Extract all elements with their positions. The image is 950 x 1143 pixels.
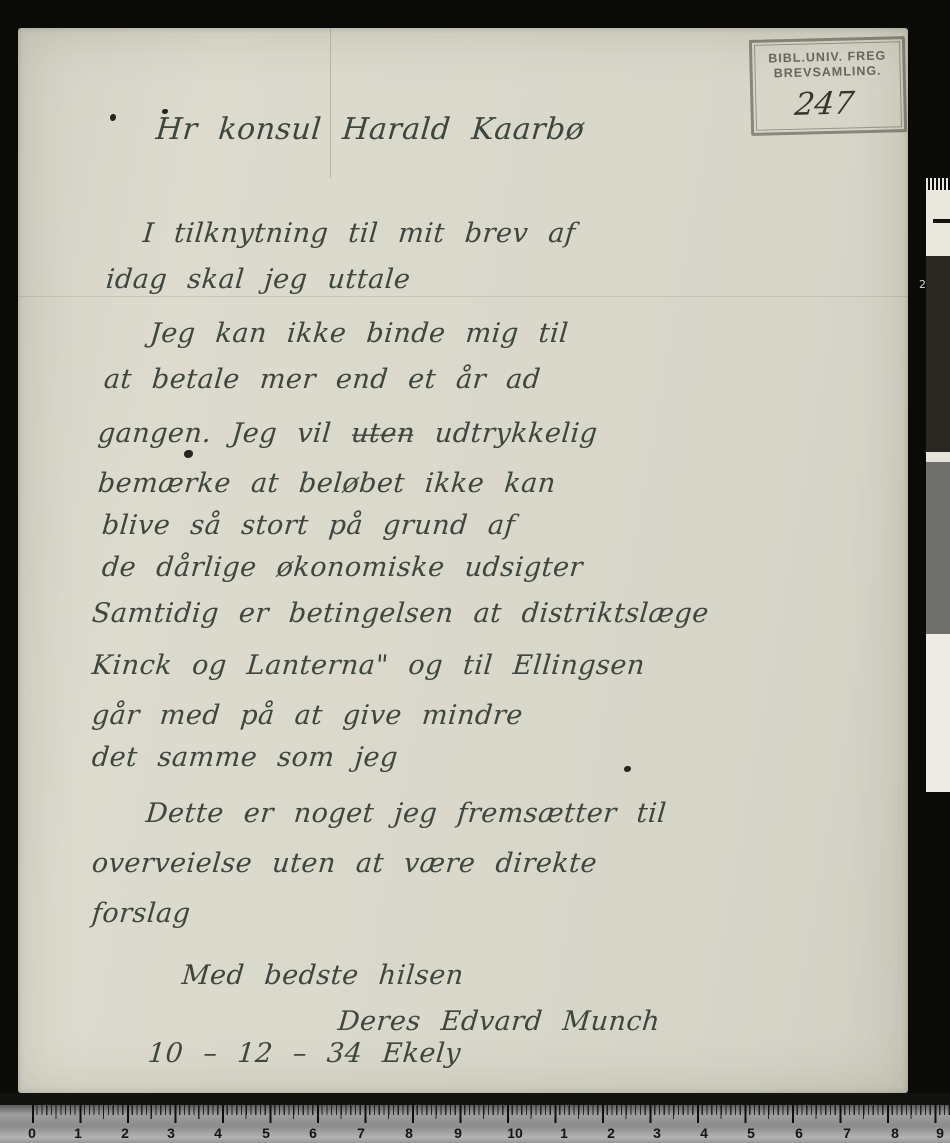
letter-line: de dårlige økonomiske udsigter — [101, 552, 585, 583]
letter-line: gangen. Jeg vil u̶t̶e̶n̶ udtrykkelig — [97, 418, 599, 449]
letter-line: Hr konsul Harald Kaarbø — [154, 112, 585, 147]
letter-line: at betale mer end et år ad — [103, 364, 542, 395]
calibration-patch — [926, 452, 950, 462]
ruler-number: 5 — [747, 1125, 755, 1141]
calibration-patch — [926, 190, 950, 256]
ruler-number: 7 — [357, 1125, 365, 1141]
metal-ruler: 012345678910123456789 — [0, 1105, 950, 1143]
letter-line: 10 – 12 – 34 Ekely — [147, 1038, 463, 1069]
ruler-number: 2 — [607, 1125, 615, 1141]
scanned-letter-page: Hr konsul Harald KaarbøI tilknytning til… — [0, 0, 950, 1143]
calibration-line — [933, 219, 950, 223]
letter-line: bemærke at beløbet ikke kan — [97, 468, 557, 499]
ruler-number: 4 — [214, 1125, 222, 1141]
ruler-number: 6 — [309, 1125, 317, 1141]
letter-line: blive så stort på grund af — [101, 510, 517, 541]
ruler-number: 5 — [262, 1125, 270, 1141]
ruler-number: 8 — [891, 1125, 899, 1141]
letter-line: forslag — [91, 898, 192, 929]
calibration-patch — [926, 634, 950, 792]
ruler-edge-shadow — [0, 1093, 950, 1105]
ruler-number: 7 — [843, 1125, 851, 1141]
ruler-number: 9 — [936, 1125, 944, 1141]
ruler-number: 1 — [74, 1125, 82, 1141]
ruler-number: 9 — [454, 1125, 462, 1141]
ruler-number: 4 — [700, 1125, 708, 1141]
ruler-number: 0 — [28, 1125, 36, 1141]
letter-line: Jeg kan ikke binde mig til — [149, 318, 570, 349]
letter-line: Deres Edvard Munch — [337, 1006, 662, 1037]
letter-line: går med på at give mindre — [91, 700, 525, 731]
letter-line: Med bedste hilsen — [181, 960, 465, 991]
letter-line: Dette er noget jeg fremsætter til — [145, 798, 668, 829]
calibration-teeth — [926, 178, 950, 190]
stamp-text: BIBL.UNIV. FREG BREVSAMLING. — [749, 48, 906, 82]
calibration-patch — [926, 462, 950, 634]
calibration-mark: 2 — [919, 278, 926, 291]
letter-line: Samtidig er betingelsen at distriktslæge — [91, 598, 711, 629]
calibration-patch — [926, 256, 950, 452]
letter-line: Kinck og Lanterna" og til Ellingsen — [91, 650, 647, 681]
letter-line: idag skal jeg uttale — [105, 264, 412, 295]
ruler-number: 1 — [560, 1125, 568, 1141]
ruler-number: 6 — [795, 1125, 803, 1141]
letter-line: I tilknytning til mit brev af — [142, 218, 577, 249]
calibration-strip: 2 — [926, 0, 950, 1096]
ruler-number: 8 — [405, 1125, 413, 1141]
letter-line: overveielse uten at være direkte — [91, 848, 599, 879]
ruler-number: 3 — [167, 1125, 175, 1141]
library-stamp: BIBL.UNIV. FREG BREVSAMLING. 247 — [749, 36, 907, 136]
handwritten-text: Hr konsul Harald KaarbøI tilknytning til… — [0, 0, 950, 1143]
stamp-archive-number: 247 — [748, 84, 900, 124]
ruler-number: 3 — [653, 1125, 661, 1141]
letter-line: det samme som jeg — [91, 742, 400, 773]
ruler-number: 10 — [507, 1125, 523, 1141]
ruler-number: 2 — [121, 1125, 129, 1141]
ruler-mm-ticks — [32, 1105, 950, 1115]
